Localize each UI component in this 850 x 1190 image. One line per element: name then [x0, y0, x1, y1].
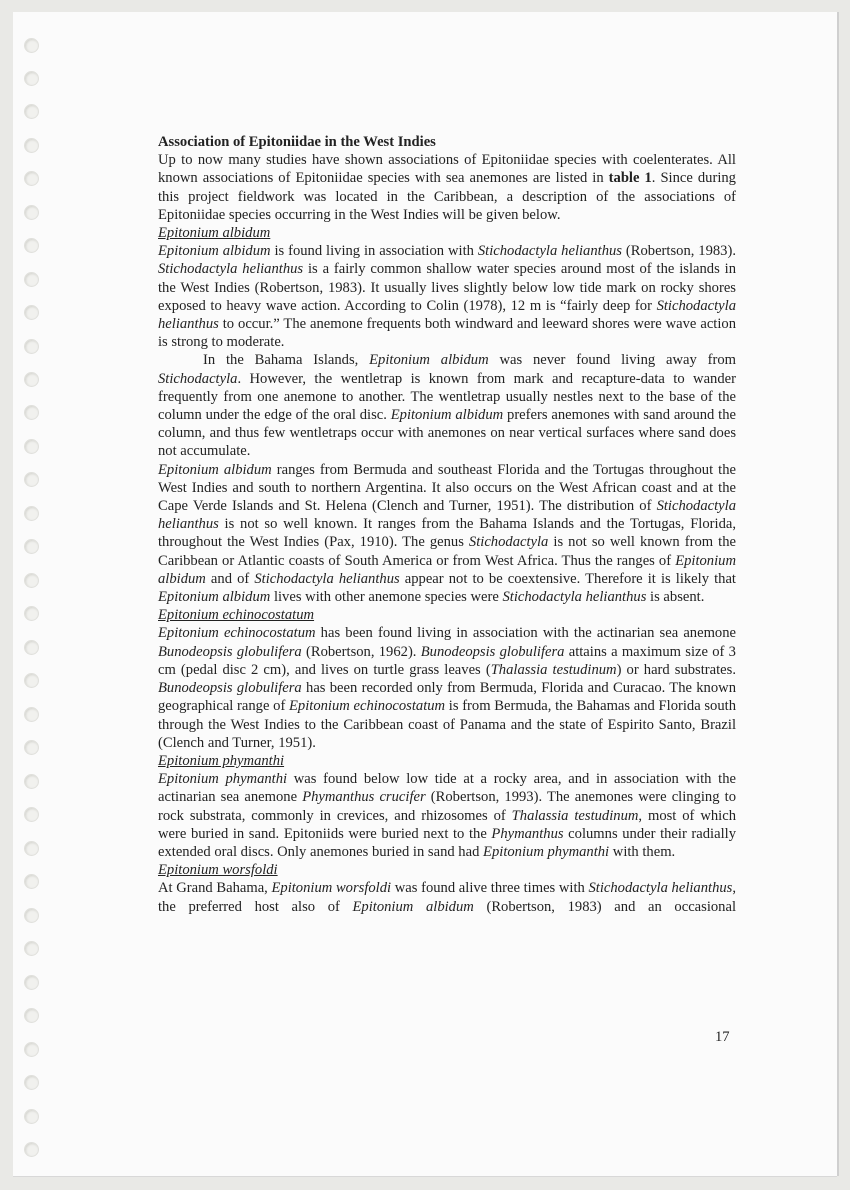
italic-term: Epitonium albidum — [158, 243, 271, 259]
section-title: Association of Epitoniidae in the West I… — [158, 133, 736, 151]
binder-hole — [24, 38, 39, 53]
binder-hole — [24, 238, 39, 253]
page-content: Association of Epitoniidae in the West I… — [158, 133, 736, 916]
species-section-albidum: Epitonium albidum Epitonium albidum is f… — [158, 224, 736, 606]
species-section-echinocostatum: Epitonium echinocostatum Epitonium echin… — [158, 606, 736, 752]
italic-term: Phymanthus crucifer — [302, 789, 425, 805]
intro-paragraph: Up to now many studies have shown associ… — [158, 151, 736, 224]
binder-hole — [24, 1142, 39, 1157]
binder-hole — [24, 841, 39, 856]
body-paragraph: At Grand Bahama, Epitonium worsfoldi was… — [158, 879, 736, 915]
binder-hole — [24, 405, 39, 420]
binder-hole — [24, 1008, 39, 1023]
binder-hole — [24, 506, 39, 521]
binder-hole — [24, 874, 39, 889]
binder-hole — [24, 606, 39, 621]
italic-term: Stichodactyla helianthus — [158, 261, 303, 277]
species-heading: Epitonium phymanthi — [158, 752, 736, 770]
italic-term: Epitonium echinocostatum — [158, 625, 316, 641]
italic-term: Epitonium worsfoldi — [271, 880, 391, 896]
binder-hole — [24, 305, 39, 320]
species-section-worsfoldi: Epitonium worsfoldi At Grand Bahama, Epi… — [158, 861, 736, 916]
body-paragraph: Epitonium phymanthi was found below low … — [158, 770, 736, 861]
italic-term: Phymanthus — [491, 826, 563, 842]
binder-hole — [24, 740, 39, 755]
italic-term: Thalassia testudinum — [491, 662, 617, 678]
document-page: Association of Epitoniidae in the West I… — [13, 12, 837, 1176]
italic-term: Epitonium albidum — [158, 462, 272, 478]
italic-term: Epitonium albidum — [353, 899, 474, 915]
bold-term: table 1 — [609, 170, 652, 186]
binder-hole — [24, 673, 39, 688]
italic-term: Thalassia testudinum — [512, 808, 639, 824]
italic-term: Epitonium albidum — [158, 553, 736, 587]
italic-term: Epitonium phymanthi — [158, 771, 287, 787]
binder-hole — [24, 539, 39, 554]
italic-term: Stichodactyla helianthus — [503, 589, 647, 605]
binder-hole — [24, 439, 39, 454]
binder-hole — [24, 71, 39, 86]
italic-term: Stichodactyla — [469, 534, 548, 550]
binder-hole — [24, 205, 39, 220]
italic-term: Stichodactyla — [158, 371, 237, 387]
italic-term: Stichodactyla helianthus — [158, 498, 736, 532]
binder-hole — [24, 774, 39, 789]
body-paragraph: Epitonium albidum is found living in ass… — [158, 242, 736, 351]
binder-hole — [24, 138, 39, 153]
binder-hole — [24, 272, 39, 287]
binder-holes — [13, 12, 53, 1176]
binder-hole — [24, 1109, 39, 1124]
italic-term: Epitonium albidum — [158, 589, 270, 605]
binder-hole — [24, 807, 39, 822]
italic-term: Bunodeopsis globulifera — [158, 680, 302, 696]
italic-term: Stichodactyla helianthus — [254, 571, 399, 587]
binder-hole — [24, 908, 39, 923]
italic-term: Bunodeopsis globulifera — [158, 644, 302, 660]
binder-hole — [24, 339, 39, 354]
binder-hole — [24, 372, 39, 387]
binder-hole — [24, 171, 39, 186]
italic-term: Stichodactyla helianthus — [478, 243, 622, 259]
binder-hole — [24, 472, 39, 487]
body-paragraph: Epitonium echinocostatum has been found … — [158, 624, 736, 751]
italic-term: Epitonium phymanthi — [483, 844, 609, 860]
species-heading: Epitonium worsfoldi — [158, 861, 736, 879]
species-section-phymanthi: Epitonium phymanthi Epitonium phymanthi … — [158, 752, 736, 861]
page-number: 17 — [715, 1029, 730, 1046]
italic-term: Epitonium echinocostatum — [289, 698, 445, 714]
italic-term: Epitonium albidum — [369, 352, 488, 368]
binder-hole — [24, 1042, 39, 1057]
binder-hole — [24, 975, 39, 990]
species-heading: Epitonium echinocostatum — [158, 606, 736, 624]
binder-hole — [24, 640, 39, 655]
italic-term: Epitonium albidum — [391, 407, 503, 423]
species-heading: Epitonium albidum — [158, 224, 736, 242]
body-paragraph: In the Bahama Islands, Epitonium albidum… — [158, 351, 736, 460]
binder-hole — [24, 1075, 39, 1090]
italic-term: Stichodactyla helianthus — [158, 298, 736, 332]
italic-term: Stichodactyla helianthus — [588, 880, 732, 896]
binder-hole — [24, 104, 39, 119]
body-paragraph: Epitonium albidum ranges from Bermuda an… — [158, 461, 736, 607]
binder-hole — [24, 941, 39, 956]
binder-hole — [24, 573, 39, 588]
italic-term: Bunodeopsis globulifera — [421, 644, 565, 660]
binder-hole — [24, 707, 39, 722]
